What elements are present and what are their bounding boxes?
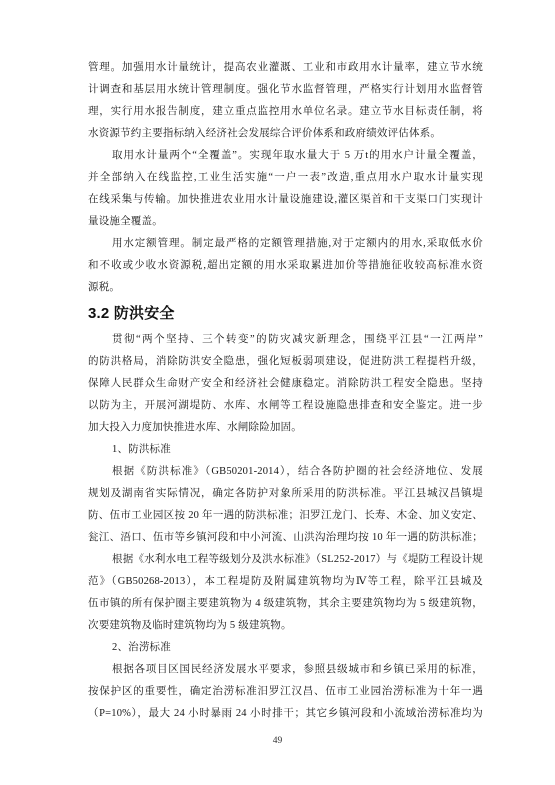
paragraph: 用水定额管理。制定最严格的定额管理措施,对于定额内的用水,采取低水价和不收或少收… bbox=[88, 233, 483, 299]
numbered-item-heading: 2、治涝标准 bbox=[88, 637, 483, 659]
text-line: 取用水计量两个“全覆盖”。实现年取水量大于 5 万t的用水户计量全覆盖， bbox=[88, 145, 483, 167]
text-line: 理，实行用水报告制度，建立重点监控用水单位名录。建立节水目标责任制，将 bbox=[88, 101, 483, 123]
section-heading: 3.2 防洪安全 bbox=[88, 299, 483, 329]
text-line: 量设施全覆盖。 bbox=[88, 211, 483, 233]
text-line: 在线采集与传输。加快推进农业用水计量设施建设,灌区渠首和干支渠口门实现计 bbox=[88, 189, 483, 211]
text-line: 计调查和基层用水统计管理制度。强化节水监督管理，严格实行计划用水监督管 bbox=[88, 79, 483, 101]
text-line: 次要建筑物及临时建筑物均为 5 级建筑物。 bbox=[88, 615, 483, 637]
paragraph: 管理。加强用水计量统计，提高农业灌溉、工业和市政用水计量率，建立节水统计调查和基… bbox=[88, 57, 483, 145]
page-footer: 49 bbox=[0, 734, 555, 748]
paragraph: 根据《水利水电工程等级划分及洪水标准》（SL252-2017）与《堤防工程设计规… bbox=[88, 549, 483, 637]
paragraph: 贯彻“两个坚持、三个转变”的防灾减灾新理念，围绕平江县“一江两岸”的防洪格局，消… bbox=[88, 329, 483, 439]
text-line: 根据《防洪标准》（GB50201-2014），结合各防护圈的社会经济地位、发展 bbox=[88, 461, 483, 483]
text-line: （P=10%），最大 24 小时暴雨 24 小时排干；其它乡镇河段和小流域治涝标… bbox=[88, 703, 483, 725]
text-line: 水资源节约主要指标纳入经济社会发展综合评价体系和政府绩效评估体系。 bbox=[88, 123, 483, 145]
text-line: 规划及湖南省实际情况，确定各防护对象所采用的防洪标准。平江县城汉昌镇堤 bbox=[88, 483, 483, 505]
text-line: 范》（GB50268-2013），本工程堤防及附属建筑物均为Ⅳ等工程，除平江县城… bbox=[88, 571, 483, 593]
text-line: 并全部纳入在线监控,工业生活实施“一户一表”改造,重点用水户取水计量实现 bbox=[88, 167, 483, 189]
text-line: 瓮江、浯口、伍市等乡镇河段和中小河流、山洪沟治理均按 10 年一遇的防洪标准； bbox=[88, 527, 483, 549]
text-line: 的防洪格局，消除防洪安全隐患，强化短板弱项建设，促进防洪工程提档升级， bbox=[88, 351, 483, 373]
text-line: 贯彻“两个坚持、三个转变”的防灾减灾新理念，围绕平江县“一江两岸” bbox=[88, 329, 483, 351]
text-line: 防、伍市工业园区按 20 年一遇的防洪标准；汨罗江龙门、长寿、木金、加义安定、 bbox=[88, 505, 483, 527]
text-line: 和不收或少收水资源税,超出定额的用水采取累进加价等措施征收较高标准水资 bbox=[88, 255, 483, 277]
document-body: 管理。加强用水计量统计，提高农业灌溉、工业和市政用水计量率，建立节水统计调查和基… bbox=[88, 57, 483, 725]
document-page: 管理。加强用水计量统计，提高农业灌溉、工业和市政用水计量率，建立节水统计调查和基… bbox=[0, 0, 555, 785]
paragraph: 取用水计量两个“全覆盖”。实现年取水量大于 5 万t的用水户计量全覆盖，并全部纳… bbox=[88, 145, 483, 233]
paragraph: 根据《防洪标准》（GB50201-2014），结合各防护圈的社会经济地位、发展规… bbox=[88, 461, 483, 549]
text-line: 按保护区的重要性，确定治涝标准汨罗江汉昌、伍市工业园治涝标准为十年一遇 bbox=[88, 681, 483, 703]
text-line: 管理。加强用水计量统计，提高农业灌溉、工业和市政用水计量率，建立节水统 bbox=[88, 57, 483, 79]
page-number: 49 bbox=[273, 736, 283, 746]
text-line: 以防为主，开展河湖堤防、水库、水闸等工程设施隐患排查和安全鉴定。进一步 bbox=[88, 395, 483, 417]
numbered-item-heading: 1、防洪标准 bbox=[88, 439, 483, 461]
text-line: 根据《水利水电工程等级划分及洪水标准》（SL252-2017）与《堤防工程设计规 bbox=[88, 549, 483, 571]
text-line: 用水定额管理。制定最严格的定额管理措施,对于定额内的用水,采取低水价 bbox=[88, 233, 483, 255]
text-line: 伍市镇的所有保护圈主要建筑物为 4 级建筑物，其余主要建筑物均为 5 级建筑物， bbox=[88, 593, 483, 615]
text-line: 根据各项目区国民经济发展水平要求，参照县级城市和乡镇已采用的标准， bbox=[88, 659, 483, 681]
text-line: 保障人民群众生命财产安全和经济社会健康稳定。消除防洪工程安全隐患。坚持 bbox=[88, 373, 483, 395]
text-line: 加大投入力度加快推进水库、水闸除险加固。 bbox=[88, 417, 483, 439]
paragraph: 根据各项目区国民经济发展水平要求，参照县级城市和乡镇已采用的标准，按保护区的重要… bbox=[88, 659, 483, 725]
text-line: 源税。 bbox=[88, 277, 483, 299]
